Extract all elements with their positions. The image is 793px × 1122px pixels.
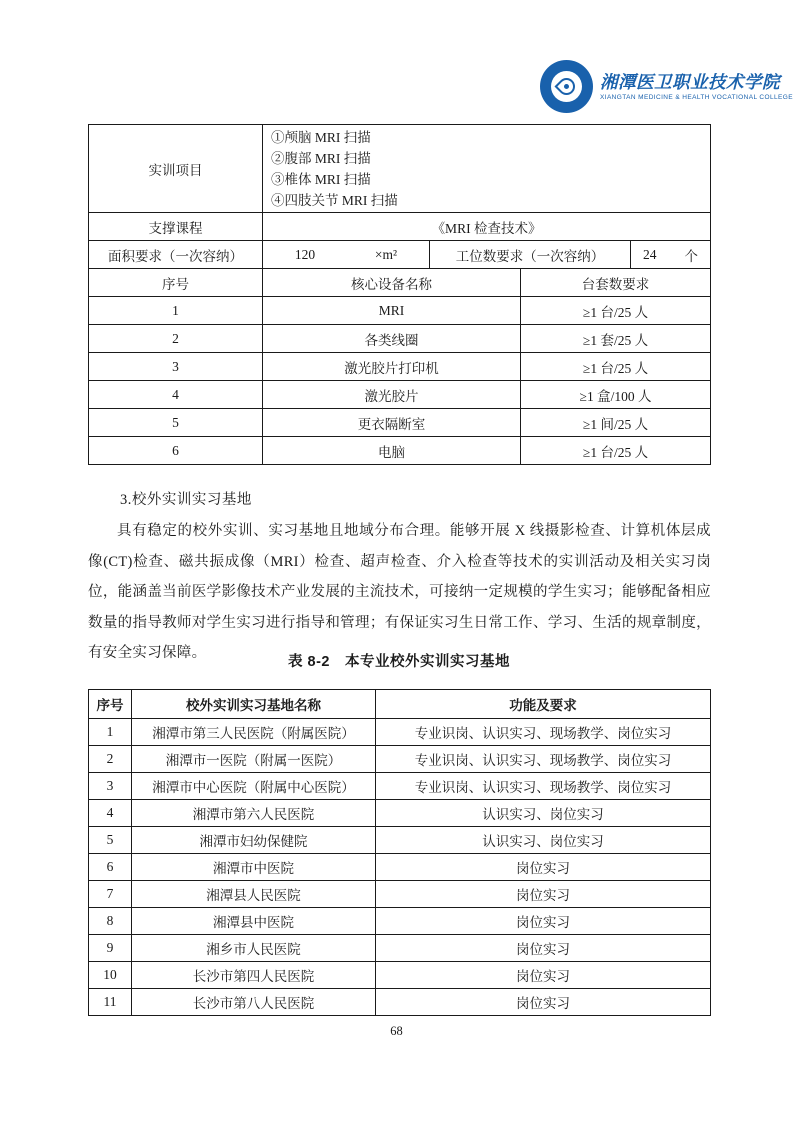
base-func: 专业识岗、认识实习、现场教学、岗位实习 bbox=[376, 773, 711, 800]
stations-value-cell: 24 个 bbox=[631, 241, 711, 269]
base-name: 湘潭市中心医院（附属中心医院） bbox=[132, 773, 376, 800]
equipment-no: 3 bbox=[89, 353, 263, 381]
equipment-name: 激光胶片 bbox=[263, 381, 521, 409]
stations-unit: 个 bbox=[685, 245, 699, 265]
base-row: 2 湘潭市一医院（附属一医院） 专业识岗、认识实习、现场教学、岗位实习 bbox=[89, 746, 711, 773]
base-func: 岗位实习 bbox=[376, 989, 711, 1016]
base-row: 11 长沙市第八人民医院 岗位实习 bbox=[89, 989, 711, 1016]
table-row-course: 支撑课程 《MRI 检查技术》 bbox=[89, 213, 711, 241]
training-items-cell: ①颅脑 MRI 扫描 ②腹部 MRI 扫描 ③椎体 MRI 扫描 ④四肢关节 M… bbox=[263, 125, 711, 213]
base-row: 6 湘潭市中医院 岗位实习 bbox=[89, 854, 711, 881]
training-item: ④四肢关节 MRI 扫描 bbox=[271, 190, 708, 211]
area-unit: ×m² bbox=[375, 247, 397, 263]
equipment-row: 6 电脑 ≥1 台/25 人 bbox=[89, 437, 711, 465]
equipment-req: ≥1 盒/100 人 bbox=[521, 381, 711, 409]
base-row: 10 长沙市第四人民医院 岗位实习 bbox=[89, 962, 711, 989]
base-name: 湘潭县中医院 bbox=[132, 908, 376, 935]
training-room-table: 实训项目 ①颅脑 MRI 扫描 ②腹部 MRI 扫描 ③椎体 MRI 扫描 ④四… bbox=[88, 124, 711, 465]
equipment-no: 2 bbox=[89, 325, 263, 353]
base-row: 8 湘潭县中医院 岗位实习 bbox=[89, 908, 711, 935]
base-no: 4 bbox=[89, 800, 132, 827]
training-item: ①颅脑 MRI 扫描 bbox=[271, 127, 708, 148]
base-name: 湘潭县人民医院 bbox=[132, 881, 376, 908]
base-name: 湘潭市中医院 bbox=[132, 854, 376, 881]
equipment-row: 2 各类线圈 ≥1 套/25 人 bbox=[89, 325, 711, 353]
equipment-row: 1 MRI ≥1 台/25 人 bbox=[89, 297, 711, 325]
bases-header-name: 校外实训实习基地名称 bbox=[132, 690, 376, 719]
training-items-label: 实训项目 bbox=[89, 125, 263, 213]
stations-value: 24 bbox=[643, 247, 657, 263]
equipment-req: ≥1 台/25 人 bbox=[521, 353, 711, 381]
base-name: 湘潭市妇幼保健院 bbox=[132, 827, 376, 854]
bases-header-no: 序号 bbox=[89, 690, 132, 719]
base-no: 6 bbox=[89, 854, 132, 881]
base-name: 长沙市第八人民医院 bbox=[132, 989, 376, 1016]
base-no: 10 bbox=[89, 962, 132, 989]
page-number: 68 bbox=[0, 1024, 793, 1039]
base-func: 岗位实习 bbox=[376, 935, 711, 962]
base-func: 专业识岗、认识实习、现场教学、岗位实习 bbox=[376, 746, 711, 773]
base-func: 认识实习、岗位实习 bbox=[376, 800, 711, 827]
equipment-name: 更衣隔断室 bbox=[263, 409, 521, 437]
equipment-no: 4 bbox=[89, 381, 263, 409]
base-name: 长沙市第四人民医院 bbox=[132, 962, 376, 989]
area-label: 面积要求（一次容纳） bbox=[89, 241, 263, 269]
base-func: 岗位实习 bbox=[376, 908, 711, 935]
bases-header-row: 序号 校外实训实习基地名称 功能及要求 bbox=[89, 690, 711, 719]
equipment-header-req: 台套数要求 bbox=[521, 269, 711, 297]
college-seal-icon bbox=[540, 60, 593, 113]
base-row: 9 湘乡市人民医院 岗位实习 bbox=[89, 935, 711, 962]
base-row: 4 湘潭市第六人民医院 认识实习、岗位实习 bbox=[89, 800, 711, 827]
base-func: 岗位实习 bbox=[376, 881, 711, 908]
area-value-cell: 120 ×m² bbox=[263, 241, 430, 269]
course-value: 《MRI 检查技术》 bbox=[263, 213, 711, 241]
bases-header-func: 功能及要求 bbox=[376, 690, 711, 719]
equipment-header-row: 序号 核心设备名称 台套数要求 bbox=[89, 269, 711, 297]
equipment-name: 激光胶片打印机 bbox=[263, 353, 521, 381]
base-no: 9 bbox=[89, 935, 132, 962]
base-row: 3 湘潭市中心医院（附属中心医院） 专业识岗、认识实习、现场教学、岗位实习 bbox=[89, 773, 711, 800]
course-label: 支撑课程 bbox=[89, 213, 263, 241]
college-logo: 湘潭医卫职业技术学院 XIANGTAN MEDICINE & HEALTH VO… bbox=[540, 60, 793, 113]
equipment-name: MRI bbox=[263, 297, 521, 325]
base-no: 5 bbox=[89, 827, 132, 854]
table-caption: 表 8-2 本专业校外实训实习基地 bbox=[88, 650, 710, 671]
base-row: 7 湘潭县人民医院 岗位实习 bbox=[89, 881, 711, 908]
college-name-english: XIANGTAN MEDICINE & HEALTH VOCATIONAL CO… bbox=[600, 94, 793, 101]
base-row: 5 湘潭市妇幼保健院 认识实习、岗位实习 bbox=[89, 827, 711, 854]
base-func: 认识实习、岗位实习 bbox=[376, 827, 711, 854]
base-name: 湘潭市第六人民医院 bbox=[132, 800, 376, 827]
seal-emblem-icon bbox=[554, 74, 578, 98]
base-no: 1 bbox=[89, 719, 132, 746]
base-func: 岗位实习 bbox=[376, 962, 711, 989]
body-paragraph: 具有稳定的校外实训、实习基地且地域分布合理。能够开展 X 线摄影检查、计算机体层… bbox=[88, 516, 711, 669]
area-value: 120 bbox=[295, 247, 315, 263]
stations-label: 工位数要求（一次容纳） bbox=[430, 241, 631, 269]
college-name-block: 湘潭医卫职业技术学院 XIANGTAN MEDICINE & HEALTH VO… bbox=[600, 72, 793, 102]
base-name: 湘乡市人民医院 bbox=[132, 935, 376, 962]
equipment-row: 5 更衣隔断室 ≥1 间/25 人 bbox=[89, 409, 711, 437]
college-name-chinese: 湘潭医卫职业技术学院 bbox=[600, 72, 793, 92]
base-func: 专业识岗、认识实习、现场教学、岗位实习 bbox=[376, 719, 711, 746]
table-row-training-items: 实训项目 ①颅脑 MRI 扫描 ②腹部 MRI 扫描 ③椎体 MRI 扫描 ④四… bbox=[89, 125, 711, 213]
base-no: 2 bbox=[89, 746, 132, 773]
table-row-area: 面积要求（一次容纳） 120 ×m² 工位数要求（一次容纳） 24 个 bbox=[89, 241, 711, 269]
equipment-req: ≥1 套/25 人 bbox=[521, 325, 711, 353]
equipment-req: ≥1 台/25 人 bbox=[521, 297, 711, 325]
base-name: 湘潭市一医院（附属一医院） bbox=[132, 746, 376, 773]
equipment-req: ≥1 间/25 人 bbox=[521, 409, 711, 437]
equipment-header-no: 序号 bbox=[89, 269, 263, 297]
base-name: 湘潭市第三人民医院（附属医院） bbox=[132, 719, 376, 746]
equipment-name: 各类线圈 bbox=[263, 325, 521, 353]
base-no: 11 bbox=[89, 989, 132, 1016]
base-func: 岗位实习 bbox=[376, 854, 711, 881]
equipment-no: 6 bbox=[89, 437, 263, 465]
equipment-row: 3 激光胶片打印机 ≥1 台/25 人 bbox=[89, 353, 711, 381]
external-bases-table: 序号 校外实训实习基地名称 功能及要求 1 湘潭市第三人民医院（附属医院） 专业… bbox=[88, 689, 711, 1016]
equipment-header-name: 核心设备名称 bbox=[263, 269, 521, 297]
base-no: 7 bbox=[89, 881, 132, 908]
equipment-row: 4 激光胶片 ≥1 盒/100 人 bbox=[89, 381, 711, 409]
base-row: 1 湘潭市第三人民医院（附属医院） 专业识岗、认识实习、现场教学、岗位实习 bbox=[89, 719, 711, 746]
seal-inner-ring bbox=[551, 71, 582, 102]
document-page: 湘潭医卫职业技术学院 XIANGTAN MEDICINE & HEALTH VO… bbox=[0, 0, 793, 1122]
equipment-req: ≥1 台/25 人 bbox=[521, 437, 711, 465]
equipment-no: 1 bbox=[89, 297, 263, 325]
base-no: 8 bbox=[89, 908, 132, 935]
training-item: ②腹部 MRI 扫描 bbox=[271, 148, 708, 169]
base-no: 3 bbox=[89, 773, 132, 800]
equipment-name: 电脑 bbox=[263, 437, 521, 465]
section-heading: 3.校外实训实习基地 bbox=[120, 488, 252, 509]
training-item: ③椎体 MRI 扫描 bbox=[271, 169, 708, 190]
equipment-no: 5 bbox=[89, 409, 263, 437]
